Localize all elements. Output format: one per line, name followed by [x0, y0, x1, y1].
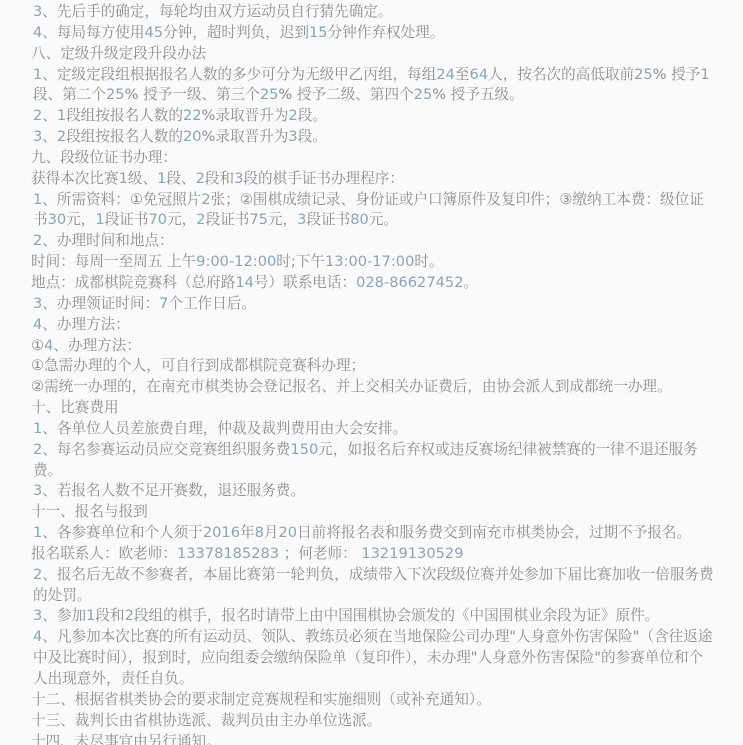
number-text: 1 — [119, 170, 128, 187]
paragraph: 地点：成都棋院竞赛科（总府路14号）联系电话：028-86627452。 — [31, 273, 717, 294]
number-text: 30 — [48, 211, 67, 228]
number-text: 028-86627452 — [356, 274, 463, 291]
number-text: 2 — [33, 566, 42, 583]
number-text: 2 — [33, 232, 42, 249]
paragraph: ①4、办理方法： — [31, 336, 717, 357]
number-text: 3 — [33, 295, 42, 312]
number-text: 2016 — [203, 524, 240, 541]
paragraph: 获得本次比赛1级、1段、2段和3段的棋手证书办理程序： — [31, 169, 717, 190]
number-text: 1 — [95, 211, 104, 228]
paragraph: 3、若报名人数不足开赛数，退还服务费。 — [31, 481, 717, 502]
number-text: 3 — [234, 170, 243, 187]
number-text: 24 — [436, 66, 455, 83]
paragraph: 4、凡参加本次比赛的所有运动员、领队、教练员必须在当地保险公司办理"人身意外伤害… — [31, 627, 717, 690]
number-text: 2 — [125, 607, 134, 624]
paragraph: 1、各参赛单位和个人须于2016年8月20日前将报名表和服务费交到南充市棋类协会… — [31, 523, 717, 544]
number-text: 70 — [148, 211, 167, 228]
number-text: 45 — [144, 24, 163, 41]
number-text: 13219130529 — [361, 545, 463, 562]
section-heading: 八、定级升级定段升段办法 — [31, 44, 717, 65]
number-text: 14 — [235, 274, 254, 291]
number-text: 80 — [350, 211, 369, 228]
document-body: 3、先后手的确定，每轮均由双方运动员自行猜先确定。4、每局每方使用45分钟，超时… — [31, 2, 717, 745]
section-heading: 十三、裁判长由省棋协选派、裁判员由主办单位选派。 — [31, 711, 717, 732]
number-text: 1 — [33, 524, 42, 541]
paragraph: ①急需办理的个人，可自行到成都棋院竞赛科办理； — [31, 356, 717, 377]
number-text: 4 — [33, 628, 42, 645]
number-text: 20 — [183, 128, 202, 145]
paragraph: ②需统一办理的，在南充市棋类协会登记报名、并上交相关办证费后，由协会派人到成都统… — [31, 377, 717, 398]
paragraph: 报名联系人：欧老师：13378185283 ；何老师： 13219130529 — [31, 544, 717, 565]
document: 3、先后手的确定，每轮均由双方运动员自行猜先确定。4、每局每方使用45分钟，超时… — [0, 0, 743, 745]
number-text: 3 — [33, 128, 42, 145]
number-text: 3 — [288, 128, 297, 145]
section-heading: 十、比赛费用 — [31, 398, 717, 419]
section-heading: 十二、根据省棋类协会的要求制定竞赛规程和实施细则（或补充通知）。 — [31, 690, 717, 711]
paragraph: 2、每名参赛运动员应交竞赛组织服务费150元，如报名后弃权或违反赛场纪律被禁赛的… — [31, 440, 717, 482]
number-text: 20 — [279, 524, 298, 541]
number-text: 7 — [159, 295, 168, 312]
paragraph: 3、参加1段和2段组的棋手，报名时请带上由中国围棋协会颁发的《中国围棋业余段为证… — [31, 606, 717, 627]
number-text: 3 — [297, 211, 306, 228]
number-text: 25 — [414, 86, 433, 103]
section-heading: 九、段级位证书办理： — [31, 148, 717, 169]
number-text: 1 — [86, 607, 95, 624]
number-text: 9:00-12:00 — [196, 253, 276, 270]
number-text: 25 — [106, 86, 125, 103]
number-text: 1 — [57, 107, 66, 124]
paragraph: 4、办理方法： — [31, 315, 717, 336]
paragraph: 3、先后手的确定，每轮均由双方运动员自行猜先确定。 — [31, 2, 717, 23]
paragraph: 1、定级定段组根据报名人数的多少可分为无级甲乙丙组，每组24至64人，按名次的高… — [31, 65, 717, 107]
number-text: 1 — [157, 170, 166, 187]
paragraph: 2、报名后无故不参赛者，本届比赛第一轮判负，成绩带入下次段级位赛并处参加下届比赛… — [31, 565, 717, 607]
number-text: 3 — [33, 607, 42, 624]
paragraph: 2、1段组按报名人数的22%录取晋升为2段。 — [31, 106, 717, 127]
number-text: 2 — [288, 107, 297, 124]
number-text: 1 — [33, 420, 42, 437]
number-text: 1 — [700, 66, 709, 83]
number-text: 2 — [57, 128, 66, 145]
number-text: 25 — [634, 66, 653, 83]
number-text: 3 — [33, 482, 42, 499]
number-text: 13378185283 — [177, 545, 279, 562]
paragraph: 4、每局每方使用45分钟，超时判负，迟到15分钟作弃权处理。 — [31, 23, 717, 44]
paragraph: 3、2段组按报名人数的20%录取晋升为3段。 — [31, 127, 717, 148]
number-text: 1 — [33, 66, 42, 83]
number-text: 4 — [33, 24, 42, 41]
paragraph: 2、办理时间和地点： — [31, 231, 717, 252]
number-text: 4 — [44, 337, 53, 354]
number-text: 4 — [33, 316, 42, 333]
number-text: 2 — [196, 211, 205, 228]
paragraph: 1、各单位人员差旅费自理，仲裁及裁判费用由大会安排。 — [31, 419, 717, 440]
section-heading: 十四、未尽事宜由另行通知。 — [31, 732, 717, 745]
number-text: 1 — [33, 191, 42, 208]
number-text: 3 — [33, 3, 42, 20]
number-text: 150 — [290, 441, 318, 458]
paragraph: 1、所需资料：①免冠照片2张；②围棋成绩记录、身份证或户口簿原件及复印件；③缴纳… — [31, 190, 717, 232]
number-text: 25 — [260, 86, 279, 103]
number-text: 15 — [309, 24, 328, 41]
paragraph: 3、办理领证时间：7个工作日后。 — [31, 294, 717, 315]
number-text: 75 — [249, 211, 268, 228]
number-text: 22 — [183, 107, 202, 124]
number-text: 64 — [470, 66, 489, 83]
number-text: 8 — [255, 524, 264, 541]
paragraph: 时间：每周一至周五 上午9:00-12:00时;下午13:00-17:00时。 — [31, 252, 717, 273]
number-text: 2 — [201, 191, 210, 208]
section-heading: 十一、报名与报到 — [31, 502, 717, 523]
number-text: 13:00-17:00 — [325, 253, 414, 270]
number-text: 2 — [196, 170, 205, 187]
number-text: 2 — [33, 441, 42, 458]
number-text: 2 — [33, 107, 42, 124]
